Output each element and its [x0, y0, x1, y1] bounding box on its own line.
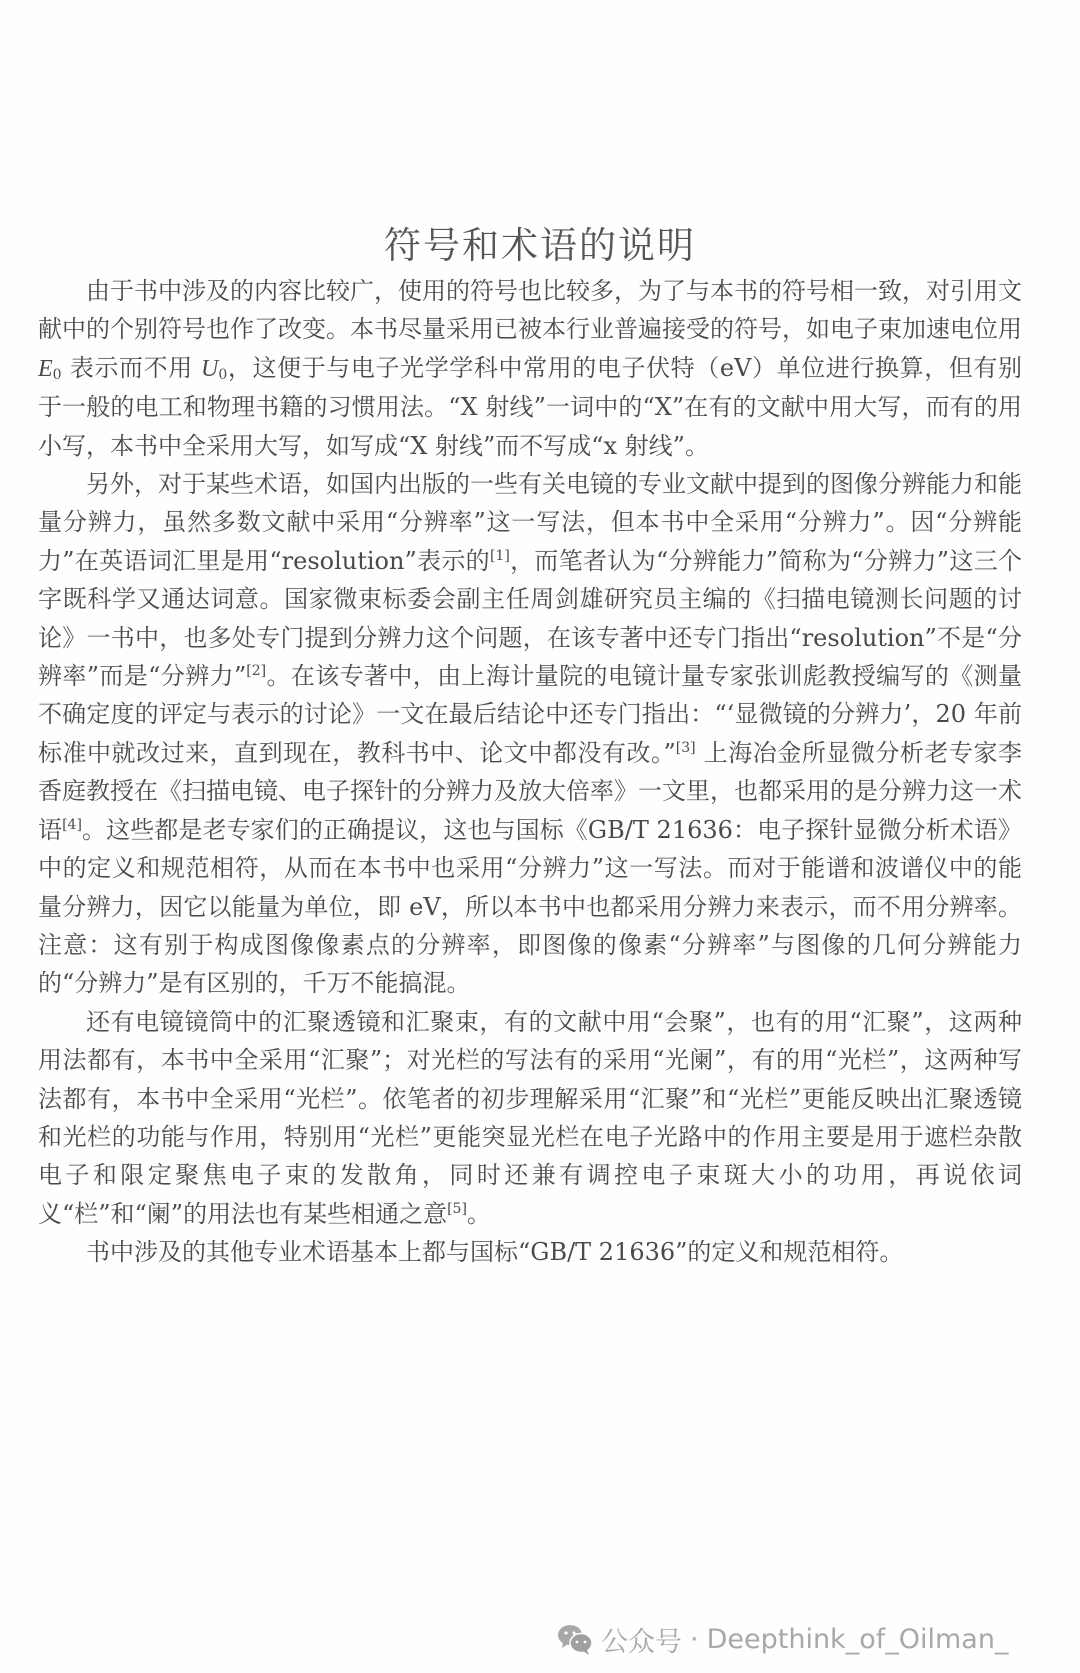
- watermark-account: Deepthink_of_Oilman_: [707, 1624, 1009, 1655]
- watermark-separator: ·: [690, 1624, 699, 1655]
- text-run: 。这些都是老专家们的正确提议，这也与国标《GB/T 21636：电子探针显微分析…: [38, 816, 1022, 998]
- body-text: 由于书中涉及的内容比较广，使用的符号也比较多，为了与本书的符号相一致，对引用文献…: [38, 272, 1022, 1272]
- math-symbol: U: [201, 356, 218, 382]
- paragraph: 另外，对于某些术语，如国内出版的一些有关电镜的专业文献中提到的图像分辨能力和能量…: [38, 465, 1022, 1003]
- text-run: 表示而不用: [62, 354, 201, 382]
- citation-ref: [3]: [676, 740, 696, 756]
- subscript: 0: [53, 367, 62, 383]
- page-title: 符号和术语的说明: [0, 215, 1080, 269]
- text-run: 还有电镜镜筒中的汇聚透镜和汇聚束，有的文献中用“会聚”，也有的用“汇聚”，这两种…: [38, 1008, 1022, 1228]
- citation-ref: [5]: [447, 1201, 467, 1217]
- text-run: 由于书中涉及的内容比较广，使用的符号也比较多，为了与本书的符号相一致，对引用文献…: [38, 277, 1022, 343]
- citation-ref: [1]: [490, 548, 510, 564]
- text-run: 。: [467, 1200, 491, 1228]
- watermark: 公众号 · Deepthink_of_Oilman_: [557, 1614, 1008, 1664]
- paragraph: 由于书中涉及的内容比较广，使用的符号也比较多，为了与本书的符号相一致，对引用文献…: [38, 272, 1022, 465]
- book-page: 符号和术语的说明 由于书中涉及的内容比较广，使用的符号也比较多，为了与本书的符号…: [0, 0, 1080, 1673]
- citation-ref: [2]: [246, 663, 266, 679]
- paragraph: 书中涉及的其他专业术语基本上都与国标“GB/T 21636”的定义和规范相符。: [38, 1233, 1022, 1271]
- wechat-icon: [557, 1622, 593, 1656]
- paragraph: 还有电镜镜筒中的汇聚透镜和汇聚束，有的文献中用“会聚”，也有的用“汇聚”，这两种…: [38, 1003, 1022, 1233]
- subscript: 0: [218, 367, 227, 383]
- citation-ref: [4]: [62, 817, 82, 833]
- watermark-label: 公众号: [601, 1620, 682, 1659]
- math-symbol: E: [38, 356, 53, 382]
- text-run: 书中涉及的其他专业术语基本上都与国标“GB/T 21636”的定义和规范相符。: [86, 1238, 903, 1266]
